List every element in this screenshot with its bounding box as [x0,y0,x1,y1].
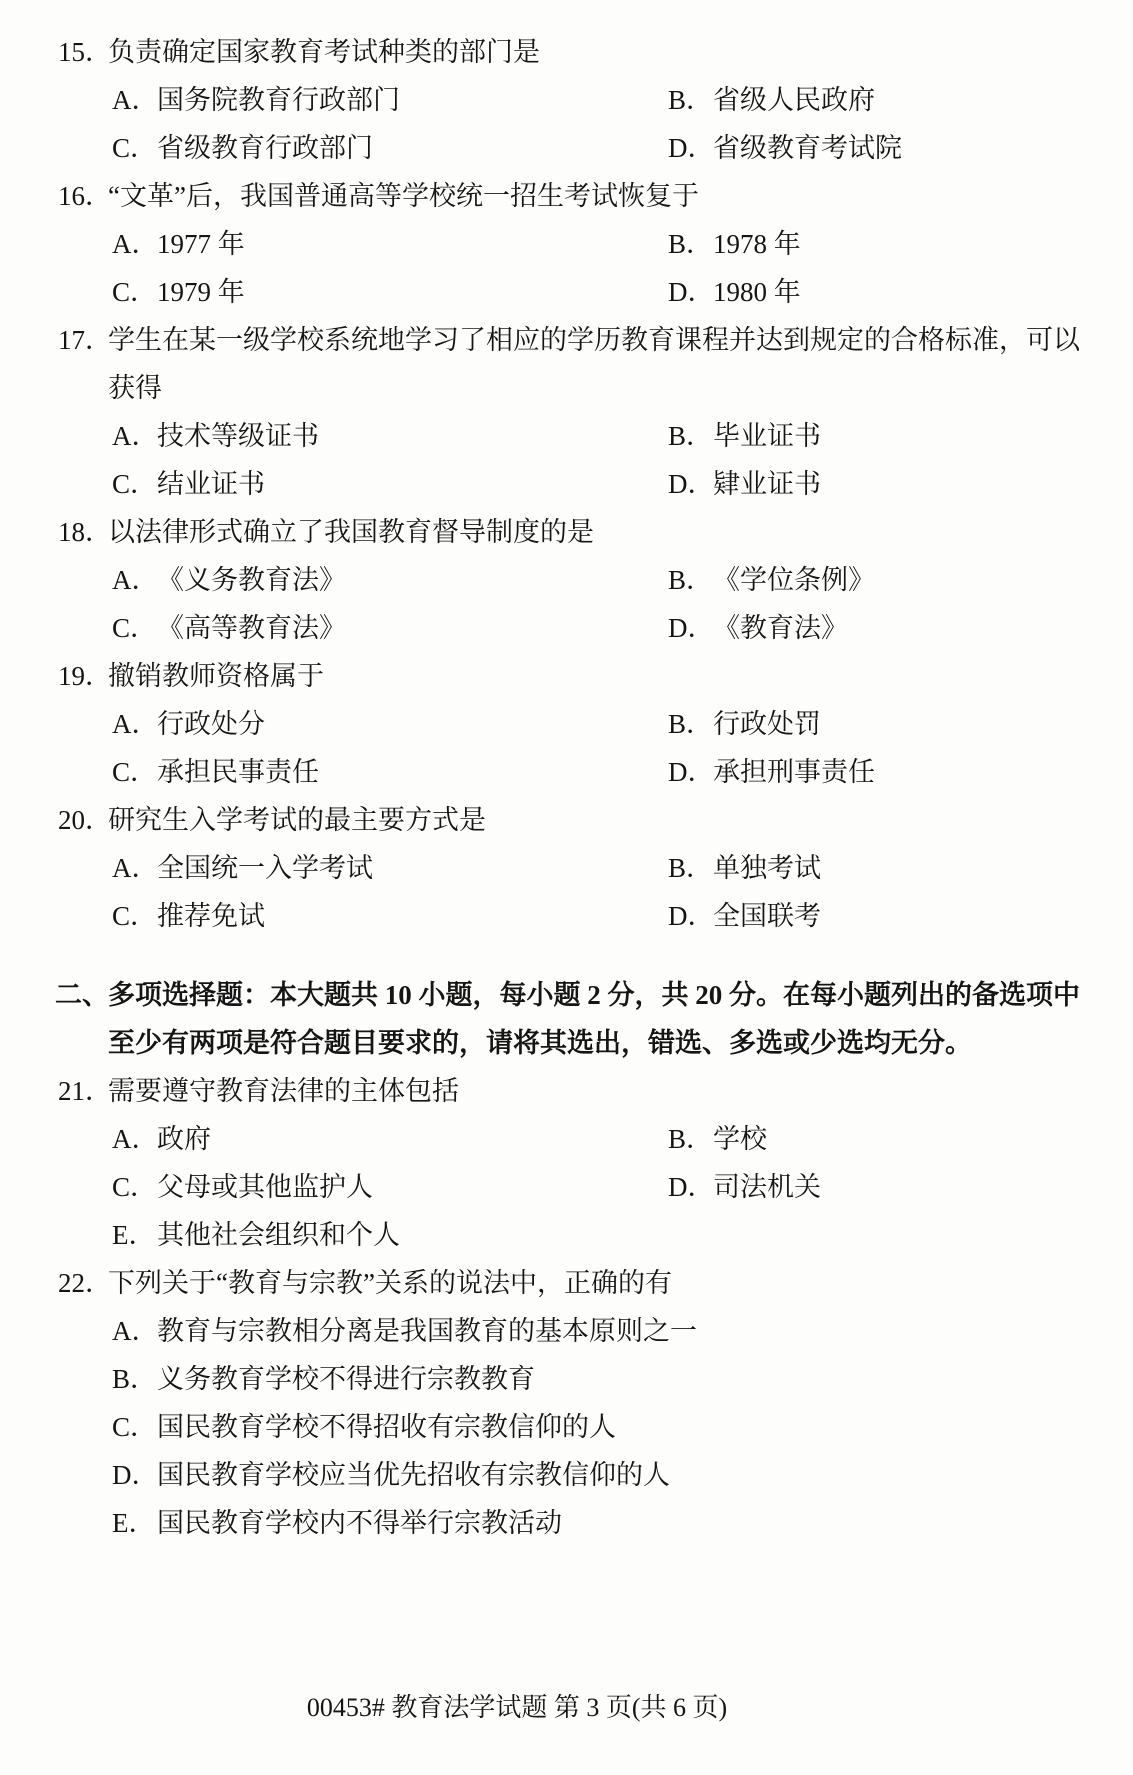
option-c: C． 推荐免试 [112,892,668,940]
option-a: A． 1977 年 [112,220,668,268]
option-row: C． 《高等教育法》 D． 《教育法》 [0,604,1133,652]
question-title: 17． 学生在某一级学校系统地学习了相应的学历教育课程并达到规定的合格标准，可以… [0,316,1133,412]
option-label: D． [112,1451,157,1499]
option-label: C． [112,892,157,940]
option-row: A． 国务院教育行政部门 B． 省级人民政府 [0,76,1133,124]
option-row: A． 教育与宗教相分离是我国教育的基本原则之一 [0,1307,1133,1355]
question-text: 下列关于“教育与宗教”关系的说法中，正确的有 [108,1259,672,1307]
option-a: A． 政府 [112,1115,668,1163]
option-label: B． [668,700,713,748]
option-label: C． [112,1163,157,1211]
option-text: 结业证书 [157,460,265,508]
option-row: A． 政府 B． 学校 [0,1115,1133,1163]
option-text: 肄业证书 [713,460,821,508]
option-row: E． 国民教育学校内不得举行宗教活动 [0,1499,1133,1547]
option-e: E． 国民教育学校内不得举行宗教活动 [112,1499,562,1547]
question-16: 16． “文革”后，我国普通高等学校统一招生考试恢复于 A． 1977 年 B．… [0,172,1133,316]
option-label: B． [668,76,713,124]
option-text: 义务教育学校不得进行宗教教育 [157,1355,535,1403]
option-label: E． [112,1499,157,1547]
option-label: A． [112,1115,157,1163]
question-title: 20． 研究生入学考试的最主要方式是 [0,796,1133,844]
question-17: 17． 学生在某一级学校系统地学习了相应的学历教育课程并达到规定的合格标准，可以… [0,316,1133,508]
question-number: 22． [58,1259,108,1307]
option-label: D． [668,604,713,652]
question-title: 21． 需要遵守教育法律的主体包括 [0,1067,1133,1115]
option-label: B． [668,844,713,892]
option-d: D． 《教育法》 [668,604,848,652]
option-label: D． [668,748,713,796]
option-b: B． 行政处罚 [668,700,821,748]
option-text: 政府 [157,1115,211,1163]
option-b: B． 毕业证书 [668,412,821,460]
page-footer: 00453# 教育法学试题 第 3 页(共 6 页) [0,1692,1034,1724]
question-title: 18． 以法律形式确立了我国教育督导制度的是 [0,508,1133,556]
question-text: 负责确定国家教育考试种类的部门是 [108,28,540,76]
option-label: B． [668,1115,713,1163]
option-text: 学校 [713,1115,767,1163]
option-label: A． [112,556,157,604]
option-text: 国民教育学校内不得举行宗教活动 [157,1499,562,1547]
option-label: C． [112,604,157,652]
option-row: B． 义务教育学校不得进行宗教教育 [0,1355,1133,1403]
question-22: 22． 下列关于“教育与宗教”关系的说法中，正确的有 A． 教育与宗教相分离是我… [0,1259,1133,1547]
option-text: 教育与宗教相分离是我国教育的基本原则之一 [157,1307,697,1355]
option-row: C． 省级教育行政部门 D． 省级教育考试院 [0,124,1133,172]
option-text: 《高等教育法》 [157,604,346,652]
option-text: 1979 年 [157,268,245,316]
option-a: A． 《义务教育法》 [112,556,668,604]
option-text: 《教育法》 [713,604,848,652]
option-b: B． 1978 年 [668,220,801,268]
option-d: D． 1980 年 [668,268,801,316]
option-label: B． [668,220,713,268]
option-d: D． 省级教育考试院 [668,124,902,172]
option-row: C． 承担民事责任 D． 承担刑事责任 [0,748,1133,796]
question-15: 15． 负责确定国家教育考试种类的部门是 A． 国务院教育行政部门 B． 省级人… [0,28,1133,172]
option-c: C． 省级教育行政部门 [112,124,668,172]
option-text: 全国联考 [713,892,821,940]
question-number: 19． [58,652,108,700]
option-text: 全国统一入学考试 [157,844,373,892]
option-a: A． 教育与宗教相分离是我国教育的基本原则之一 [112,1307,697,1355]
option-d: D． 承担刑事责任 [668,748,875,796]
option-c: C． 《高等教育法》 [112,604,668,652]
option-d: D． 国民教育学校应当优先招收有宗教信仰的人 [112,1451,670,1499]
question-19: 19． 撤销教师资格属于 A． 行政处分 B． 行政处罚 C． 承担民事责任 [0,652,1133,796]
option-text: 推荐免试 [157,892,265,940]
option-label: B． [668,556,713,604]
option-row: C． 结业证书 D． 肄业证书 [0,460,1133,508]
option-label: D． [668,892,713,940]
question-21: 21． 需要遵守教育法律的主体包括 A． 政府 B． 学校 C． 父母或其他监护… [0,1067,1133,1259]
option-text: 《学位条例》 [713,556,875,604]
option-b: B． 《学位条例》 [668,556,875,604]
exam-paper-page: 15． 负责确定国家教育考试种类的部门是 A． 国务院教育行政部门 B． 省级人… [0,0,1133,1775]
option-b: B． 义务教育学校不得进行宗教教育 [112,1355,535,1403]
option-row: A． 1977 年 B． 1978 年 [0,220,1133,268]
exam-content: 15． 负责确定国家教育考试种类的部门是 A． 国务院教育行政部门 B． 省级人… [0,0,1133,1547]
question-number: 15． [58,28,108,76]
option-text: 省级教育行政部门 [157,124,373,172]
section-2-heading: 二、 多项选择题：本大题共 10 小题，每小题 2 分，共 20 分。在每小题列… [0,971,1133,1067]
question-number: 17． [58,316,108,412]
question-title: 22． 下列关于“教育与宗教”关系的说法中，正确的有 [0,1259,1133,1307]
option-a: A． 行政处分 [112,700,668,748]
option-label: D． [668,1163,713,1211]
question-title: 19． 撤销教师资格属于 [0,652,1133,700]
option-row: A． 技术等级证书 B． 毕业证书 [0,412,1133,460]
option-text: 1977 年 [157,220,245,268]
option-c: C． 父母或其他监护人 [112,1163,668,1211]
option-label: A． [112,844,157,892]
option-row: D． 国民教育学校应当优先招收有宗教信仰的人 [0,1451,1133,1499]
section-2-instructions: 多项选择题：本大题共 10 小题，每小题 2 分，共 20 分。在每小题列出的备… [108,971,1098,1067]
option-text: 省级人民政府 [713,76,875,124]
option-row: C． 1979 年 D． 1980 年 [0,268,1133,316]
option-b: B． 单独考试 [668,844,821,892]
option-label: D． [668,124,713,172]
option-label: B． [112,1355,157,1403]
option-label: C． [112,1403,157,1451]
option-c: C． 结业证书 [112,460,668,508]
option-text: 司法机关 [713,1163,821,1211]
option-d: D． 全国联考 [668,892,821,940]
option-a: A． 技术等级证书 [112,412,668,460]
option-row: E． 其他社会组织和个人 [0,1211,1133,1259]
option-label: E． [112,1211,157,1259]
option-d: D． 司法机关 [668,1163,821,1211]
option-b: B． 学校 [668,1115,767,1163]
question-text: 学生在某一级学校系统地学习了相应的学历教育课程并达到规定的合格标准，可以获得 [108,316,1098,412]
option-label: A． [112,1307,157,1355]
option-label: C． [112,748,157,796]
question-text: 以法律形式确立了我国教育督导制度的是 [108,508,594,556]
option-row: A． 《义务教育法》 B． 《学位条例》 [0,556,1133,604]
option-row: C． 推荐免试 D． 全国联考 [0,892,1133,940]
question-title: 15． 负责确定国家教育考试种类的部门是 [0,28,1133,76]
question-number: 20． [58,796,108,844]
option-label: A． [112,700,157,748]
option-text: 其他社会组织和个人 [157,1211,400,1259]
option-text: 父母或其他监护人 [157,1163,373,1211]
option-row: A． 全国统一入学考试 B． 单独考试 [0,844,1133,892]
option-label: A． [112,76,157,124]
option-label: C． [112,268,157,316]
question-text: 撤销教师资格属于 [108,652,324,700]
option-a: A． 国务院教育行政部门 [112,76,668,124]
question-18: 18． 以法律形式确立了我国教育督导制度的是 A． 《义务教育法》 B． 《学位… [0,508,1133,652]
option-label: A． [112,412,157,460]
question-20: 20． 研究生入学考试的最主要方式是 A． 全国统一入学考试 B． 单独考试 C… [0,796,1133,940]
question-number: 18． [58,508,108,556]
question-text: “文革”后，我国普通高等学校统一招生考试恢复于 [108,172,699,220]
option-text: 行政处分 [157,700,265,748]
option-text: 承担民事责任 [157,748,319,796]
option-text: 《义务教育法》 [157,556,346,604]
option-text: 国民教育学校应当优先招收有宗教信仰的人 [157,1451,670,1499]
option-label: D． [668,268,713,316]
option-text: 省级教育考试院 [713,124,902,172]
question-title: 16． “文革”后，我国普通高等学校统一招生考试恢复于 [0,172,1133,220]
option-b: B． 省级人民政府 [668,76,875,124]
option-text: 技术等级证书 [157,412,319,460]
option-row: A． 行政处分 B． 行政处罚 [0,700,1133,748]
question-number: 21． [58,1067,108,1115]
option-c: C． 承担民事责任 [112,748,668,796]
option-c: C． 国民教育学校不得招收有宗教信仰的人 [112,1403,616,1451]
option-text: 毕业证书 [713,412,821,460]
option-d: D． 肄业证书 [668,460,821,508]
option-text: 承担刑事责任 [713,748,875,796]
section-2-marker: 二、 [55,971,108,1067]
option-text: 单独考试 [713,844,821,892]
question-text: 研究生入学考试的最主要方式是 [108,796,486,844]
option-text: 1980 年 [713,268,801,316]
option-row: C． 父母或其他监护人 D． 司法机关 [0,1163,1133,1211]
question-text: 需要遵守教育法律的主体包括 [108,1067,459,1115]
option-text: 国民教育学校不得招收有宗教信仰的人 [157,1403,616,1451]
option-text: 国务院教育行政部门 [157,76,400,124]
option-label: B． [668,412,713,460]
option-text: 行政处罚 [713,700,821,748]
option-c: C． 1979 年 [112,268,668,316]
option-row: C． 国民教育学校不得招收有宗教信仰的人 [0,1403,1133,1451]
option-label: C． [112,124,157,172]
option-label: A． [112,220,157,268]
option-label: D． [668,460,713,508]
option-text: 1978 年 [713,220,801,268]
question-number: 16． [58,172,108,220]
option-e: E． 其他社会组织和个人 [112,1211,400,1259]
option-a: A． 全国统一入学考试 [112,844,668,892]
option-label: C． [112,460,157,508]
